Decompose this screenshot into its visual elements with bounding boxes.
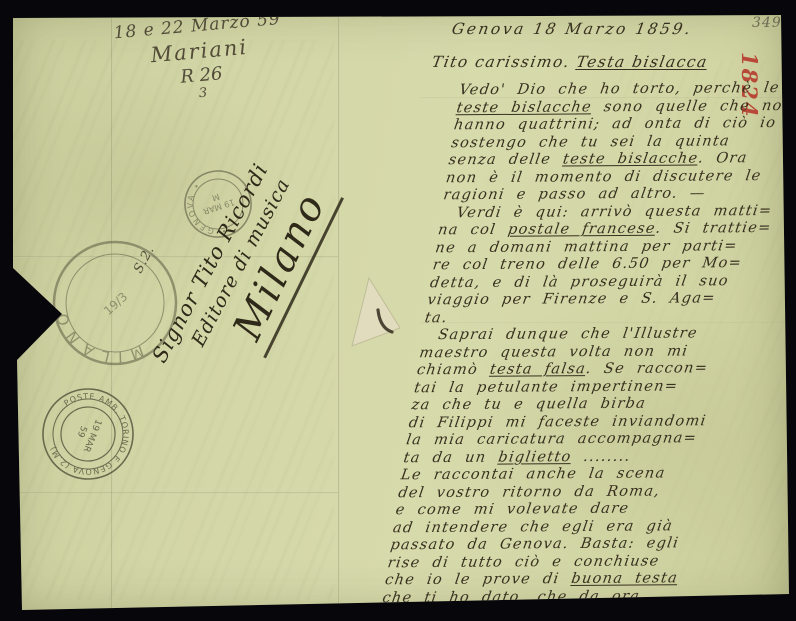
scan-background: 18 e 22 Marzo 59 Mariani R 26 3 MILANO 1…: [0, 0, 796, 621]
address-prefix-note: S.2.: [131, 243, 158, 276]
svg-text:MILANO: MILANO: [46, 279, 149, 391]
letter-line: senza delle teste bislacche. Ora: [447, 150, 796, 170]
letter-salutation: Tito carissimo. Testa bislacca: [430, 53, 709, 71]
genova-postmark-hour: M: [210, 191, 220, 203]
fold-line-horizontal-lower: [16, 492, 338, 494]
salutation-underlined: Testa bislacca: [575, 53, 709, 71]
milano-postmark-date: 19/3: [101, 290, 130, 318]
seal-flap: [344, 262, 408, 354]
letter-line: hanno quattrini; ad onta di ciò io: [453, 115, 796, 135]
letter-dateline: Genova 18 Marzo 1859.: [450, 20, 693, 38]
ambulant-postmark-year: 59: [75, 424, 89, 439]
letter-sheet: 18 e 22 Marzo 59 Mariani R 26 3 MILANO 1…: [0, 0, 796, 621]
letter-line: non è il momento di discutere le: [445, 167, 796, 187]
filing-note: 18 e 22 Marzo 59 Mariani R 26 3: [102, 8, 299, 109]
letter-line: Vedo' Dio che ho torto, perchè le: [458, 80, 796, 100]
ambulant-postmark-date: 19 MAR: [81, 418, 103, 454]
letter-body: Vedo' Dio che ho torto, perchè leteste b…: [381, 80, 796, 608]
page-number-pencil: 349: [752, 15, 782, 31]
fold-line-vertical-center: [338, 16, 340, 610]
salutation-text: Tito carissimo.: [430, 53, 578, 71]
address-block: Signor Tito Ricordi Editore di musica Mi…: [122, 112, 368, 452]
milano-postmark-ring-text: MILANO: [46, 279, 149, 391]
letter-line: na col postale francese. Si trattie=: [437, 220, 796, 240]
letter-line: che ti ho dato, che da ora: [381, 587, 756, 607]
